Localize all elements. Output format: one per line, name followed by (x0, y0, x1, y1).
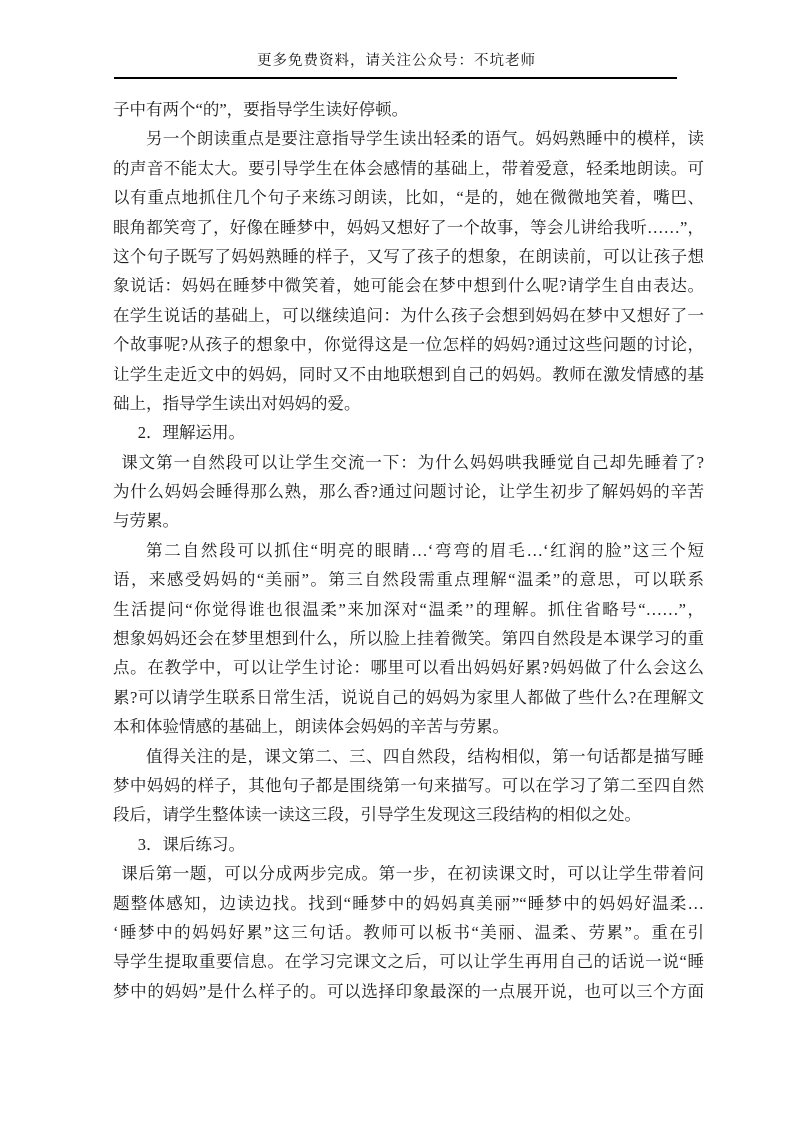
text-line: 值得关注的是，课文第二、三、四自然段，结构相似，第一句话都是描写睡 (113, 742, 704, 771)
text-line: 这个句子既写了妈妈熟睡的样子，又写了孩子的想象，在朗读前，可以让孩子想 (113, 242, 704, 271)
text-line: 的声音不能太大。要引导学生在体会感情的基础上，带着爱意，轻柔地朗读。可 (113, 154, 704, 183)
text-line: 在学生说话的基础上，可以继续追问：为什么孩子会想到妈妈在梦中又想好了一 (113, 301, 704, 330)
text-line: 梦中的妈妈”是什么样子的。可以选择印象最深的一点展开说，也可以三个方面 (113, 977, 704, 1006)
text-line: 梦中妈妈的样子，其他句子都是围绕第一句来描写。可以在学习了第二至四自然 (113, 771, 704, 800)
text-line: 段后，请学生整体读一读这三段，引导学生发现这三段结构的相似之处。 (113, 800, 704, 829)
text-line: 与劳累。 (113, 506, 704, 535)
text-line: 题整体感知，边读边找。找到“睡梦中的妈妈真美丽”“睡梦中的妈妈好温柔… (113, 889, 704, 918)
text-line: 子中有两个“的”，要指导学生读好停顿。 (113, 95, 704, 124)
text-line: 累?可以请学生联系日常生活，说说自己的妈妈为家里人都做了些什么?在理解文 (113, 683, 704, 712)
text-line: 2．理解运用。 (113, 418, 704, 447)
text-line: 眼角都笑弯了，好像在睡梦中，妈妈又想好了一个故事，等会儿讲给我听……”， (113, 213, 704, 242)
header-note: 更多免费资料，请关注公众号：不坑老师 (0, 49, 793, 70)
text-line: 3．课后练习。 (113, 830, 704, 859)
text-line: 象说话：妈妈在睡梦中微笑着，她可能会在梦中想到什么呢?请学生自由表达。 (113, 271, 704, 300)
text-line: 课后第一题，可以分成两步完成。第一步，在初读课文时，可以让学生带着问 (113, 859, 704, 888)
document-page: 更多免费资料，请关注公众号：不坑老师 子中有两个“的”，要指导学生读好停顿。另一… (0, 0, 793, 1122)
text-line: 个故事呢?从孩子的想象中，你觉得这是一位怎样的妈妈?通过这些问题的讨论， (113, 330, 704, 359)
text-line: 导学生提取重要信息。在学习完课文之后，可以让学生再用自己的话说一说“睡 (113, 947, 704, 976)
text-line: 另一个朗读重点是要注意指导学生读出轻柔的语气。妈妈熟睡中的模样，读 (113, 124, 704, 153)
text-line: 第二自然段可以抓住“明亮的眼睛…‘弯弯的眉毛…‘红润的脸”这三个短 (113, 536, 704, 565)
text-line: 以有重点地抓住几个句子来练习朗读，比如，“是的，她在微微地笑着，嘴巴、 (113, 183, 704, 212)
text-line: 想象妈妈还会在梦里想到什么，所以脸上挂着微笑。第四自然段是本课学习的重 (113, 624, 704, 653)
text-line: 课文第一自然段可以让学生交流一下：为什么妈妈哄我睡觉自己却先睡着了? (113, 448, 704, 477)
text-line: 础上，指导学生读出对妈妈的爱。 (113, 389, 704, 418)
text-line: 本和体验情感的基础上，朗读体会妈妈的辛苦与劳累。 (113, 712, 704, 741)
header-rule (114, 77, 677, 79)
text-line: 为什么妈妈会睡得那么熟，那么香?通过问题讨论，让学生初步了解妈妈的辛苦 (113, 477, 704, 506)
text-line: ‘睡梦中的妈妈好累”这三句话。教师可以板书“美丽、温柔、劳累”。重在引 (113, 918, 704, 947)
text-line: 点。在教学中，可以让学生讨论：哪里可以看出妈妈好累?妈妈做了什么会这么 (113, 653, 704, 682)
text-line: 生活提问“你觉得谁也很温柔”来加深对“温柔’’的理解。抓住省略号“……”， (113, 595, 704, 624)
text-line: 让学生走近文中的妈妈，同时又不由地联想到自己的妈妈。教师在激发情感的基 (113, 360, 704, 389)
document-body: 子中有两个“的”，要指导学生读好停顿。另一个朗读重点是要注意指导学生读出轻柔的语… (113, 95, 704, 1006)
text-line: 语，来感受妈妈的“美丽”。第三自然段需重点理解“温柔”的意思，可以联系 (113, 565, 704, 594)
